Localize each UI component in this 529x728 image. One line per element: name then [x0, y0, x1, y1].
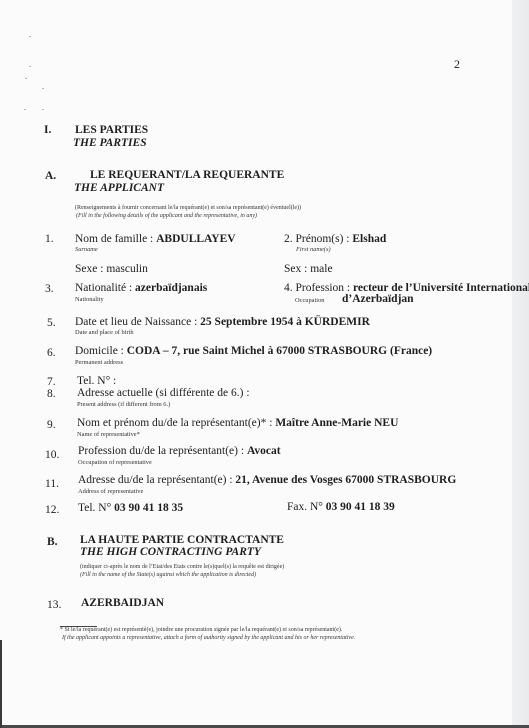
field-number: 7. [47, 376, 56, 388]
sexe-label: Sexe : [75, 263, 106, 275]
rep-name-value: Maître Anne-Marie NEU [275, 417, 398, 429]
domicile-sublabel: Permanent address [75, 359, 123, 366]
rep-name-sublabel: Name of representative* [77, 431, 140, 438]
sex-value: male [310, 263, 332, 275]
present-address-label: Adresse actuelle (si différente de 6.) : [77, 387, 250, 399]
surname-value: ABDULLAYEV [156, 233, 235, 245]
surname-field: Nom de famille : ABDULLAYEV [75, 233, 236, 245]
rep-name-label: Nom et prénom du/de la représentant(e)* … [77, 417, 275, 429]
scan-speck [29, 36, 31, 37]
scan-speck [42, 88, 44, 89]
domicile-value: CODA – 7, rue Saint Michel à 67000 STRAS… [127, 345, 432, 357]
nationality-label: Nationalité : [75, 282, 135, 294]
section-A-title-fr: LE REQUERANT/LA REQUERANTE [90, 169, 284, 181]
nationality-field: Nationalité : azerbaïdjanais [75, 282, 207, 294]
field-number: 3. [45, 283, 54, 295]
sexe-value: masculin [106, 263, 148, 275]
first-name-field: 2. Prénom(s) : Elshad [284, 233, 386, 245]
sexe-field: Sexe : masculin [75, 263, 148, 275]
section-A-instruction-fr: (Renseignements à fournir concernant le/… [75, 205, 301, 211]
surname-sublabel: Surname [75, 246, 98, 253]
rep-profession-field: Profession du/de la représentant(e) : Av… [78, 445, 281, 457]
field-number: 12. [45, 504, 59, 516]
profession-value-line2: d’Azerbaïdjan [342, 293, 414, 305]
section-I-number: I. [44, 124, 51, 136]
rep-profession-value: Avocat [247, 445, 281, 457]
first-name-sublabel: First name(s) [296, 246, 331, 253]
birth-label: Date et lieu de Naissance : [75, 316, 200, 328]
section-I-title-fr: LES PARTIES [75, 124, 148, 136]
section-I-title-en: THE PARTIES [73, 137, 147, 149]
birth-value: 25 Septembre 1954 à KÜRDEMIR [200, 316, 370, 328]
page-number: 2 [454, 57, 460, 72]
section-B-instruction-fr: (indiquer ci-après le nom de l’Etat/des … [80, 564, 284, 570]
field-number: 9. [47, 419, 56, 431]
present-address-sublabel: Present address (if different from 6.) [77, 401, 170, 408]
sex-field: Sex : male [284, 263, 333, 275]
profession-sublabel: Occupation [295, 297, 324, 304]
tel-label: Tel. N° : [77, 375, 116, 387]
respondent-state: AZERBAIDJAN [81, 597, 164, 609]
first-name-label: 2. Prénom(s) : [284, 233, 352, 245]
nationality-sublabel: Nationality [75, 296, 104, 303]
section-B-instruction-en: (Fill in the name of the State(s) agains… [80, 572, 256, 578]
surname-label: Nom de famille : [75, 233, 156, 245]
birth-field: Date et lieu de Naissance : 25 Septembre… [75, 316, 370, 328]
field-number: 1. [45, 233, 54, 245]
scan-speck [25, 78, 27, 79]
scan-speck [24, 109, 26, 110]
field-number: 10. [45, 449, 59, 461]
footnote-fr: * Si le/la requérant(e) est représenté(e… [60, 627, 342, 633]
rep-name-field: Nom et prénom du/de la représentant(e)* … [77, 417, 398, 429]
domicile-label: Domicile : [75, 345, 127, 357]
section-A-instruction-en: (Fill in the following details of the ap… [76, 213, 257, 219]
rep-tel-value: 03 90 41 18 35 [114, 502, 183, 514]
nationality-value: azerbaïdjanais [135, 282, 207, 294]
section-A-letter: A. [45, 170, 56, 182]
birth-sublabel: Date and place of birth [75, 329, 134, 336]
scan-edge-right [512, 0, 529, 728]
rep-fax-value: 03 90 41 18 39 [326, 501, 395, 513]
rep-address-field: Adresse du/de la représentant(e) : 21, A… [78, 474, 456, 486]
rep-fax-field: Fax. N° 03 90 41 18 39 [287, 501, 395, 513]
section-B-title-fr: LA HAUTE PARTIE CONTRACTANTE [80, 534, 284, 546]
rep-tel-label: Tel. N° [78, 502, 114, 514]
rep-address-value: 21, Avenue des Vosges 67000 STRASBOURG [235, 474, 456, 486]
field-number: 6. [47, 347, 56, 359]
footnote-en: If the applicant appoints a representati… [62, 635, 355, 641]
section-A-title-en: THE APPLICANT [74, 182, 164, 194]
rep-profession-sublabel: Occupation of representative [78, 459, 152, 466]
first-name-value: Elshad [352, 233, 386, 245]
scan-speck [29, 66, 31, 67]
section-B-letter: B. [47, 536, 58, 548]
rep-tel-field: Tel. N° 03 90 41 18 35 [78, 502, 183, 514]
domicile-field: Domicile : CODA – 7, rue Saint Michel à … [75, 345, 432, 357]
document-page: 2 I. LES PARTIES THE PARTIES A. LE REQUE… [0, 0, 529, 728]
field-number: 5. [47, 317, 56, 329]
rep-profession-label: Profession du/de la représentant(e) : [78, 445, 247, 457]
rep-address-label: Adresse du/de la représentant(e) : [78, 474, 235, 486]
field-number: 11. [45, 478, 59, 490]
scan-edge-left [0, 640, 2, 728]
field-number: 8. [47, 388, 56, 400]
rep-address-sublabel: Address of representative [78, 488, 143, 495]
sex-label: Sex : [284, 263, 310, 275]
section-B-title-en: THE HIGH CONTRACTING PARTY [80, 546, 261, 558]
rep-fax-label: Fax. N° [287, 501, 326, 513]
field-number: 13. [47, 599, 61, 611]
scan-speck [42, 109, 44, 110]
